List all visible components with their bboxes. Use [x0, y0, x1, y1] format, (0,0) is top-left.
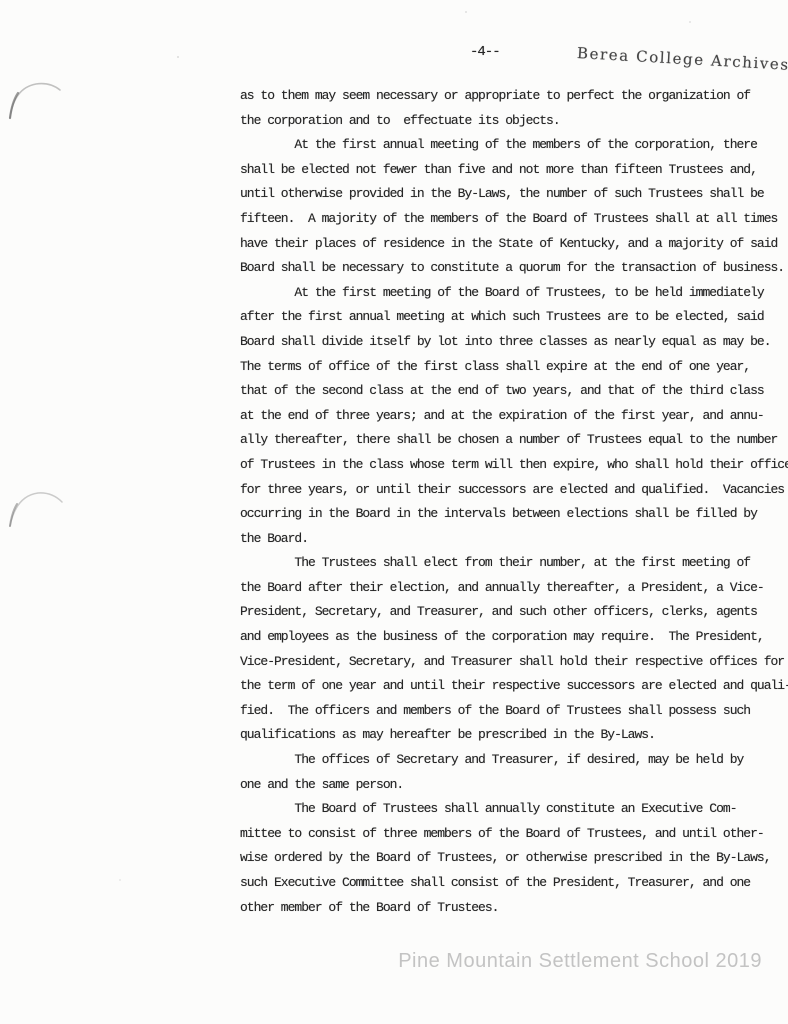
page-number: -4-- [470, 44, 500, 60]
text-line: until otherwise provided in the By-Laws,… [240, 182, 780, 207]
text-line: after the first annual meeting at which … [240, 305, 780, 330]
text-line: of Trustees in the class whose term will… [240, 453, 780, 478]
scanned-document-page: -4-- Berea College Archives as to them m… [0, 0, 788, 1024]
text-line: At the first annual meeting of the membe… [240, 133, 780, 158]
text-line: The Trustees shall elect from their numb… [240, 551, 780, 576]
text-line: the Board. [240, 527, 780, 552]
text-line: one and the same person. [240, 773, 780, 798]
text-line: The terms of office of the first class s… [240, 355, 780, 380]
text-line: Vice-President, Secretary, and Treasurer… [240, 650, 780, 675]
text-line: fifteen. A majority of the members of th… [240, 207, 780, 232]
text-line: have their places of residence in the St… [240, 232, 780, 257]
text-line: The Board of Trustees shall annually con… [240, 797, 780, 822]
text-line: President, Secretary, and Treasurer, and… [240, 600, 780, 625]
text-line: At the first meeting of the Board of Tru… [240, 281, 780, 306]
text-line: occurring in the Board in the intervals … [240, 502, 780, 527]
text-line: the Board after their election, and annu… [240, 576, 780, 601]
text-line: that of the second class at the end of t… [240, 379, 780, 404]
binder-ring-mark [2, 482, 64, 532]
text-line: mittee to consist of three members of th… [240, 822, 780, 847]
watermark: Pine Mountain Settlement School 2019 [398, 950, 762, 973]
archive-stamp: Berea College Archives [576, 44, 788, 74]
text-line: wise ordered by the Board of Trustees, o… [240, 846, 780, 871]
text-line: as to them may seem necessary or appropr… [240, 84, 780, 109]
text-line: and employees as the business of the cor… [240, 625, 780, 650]
text-line: such Executive Committee shall consist o… [240, 871, 780, 896]
text-line: shall be elected not fewer than five and… [240, 158, 780, 183]
text-line: fied. The officers and members of the Bo… [240, 699, 780, 724]
text-line: the corporation and to effectuate its ob… [240, 109, 780, 134]
text-line: qualifications as may hereafter be presc… [240, 723, 780, 748]
text-line: The offices of Secretary and Treasurer, … [240, 748, 780, 773]
text-line: Board shall be necessary to constitute a… [240, 256, 780, 281]
text-line: for three years, or until their successo… [240, 478, 780, 503]
text-line: the term of one year and until their res… [240, 674, 780, 699]
text-line: Board shall divide itself by lot into th… [240, 330, 780, 355]
document-body-text: as to them may seem necessary or appropr… [240, 84, 780, 920]
text-line: at the end of three years; and at the ex… [240, 404, 780, 429]
text-line: other member of the Board of Trustees. [240, 896, 780, 921]
text-line: ally thereafter, there shall be chosen a… [240, 428, 780, 453]
binder-ring-mark [2, 72, 64, 122]
